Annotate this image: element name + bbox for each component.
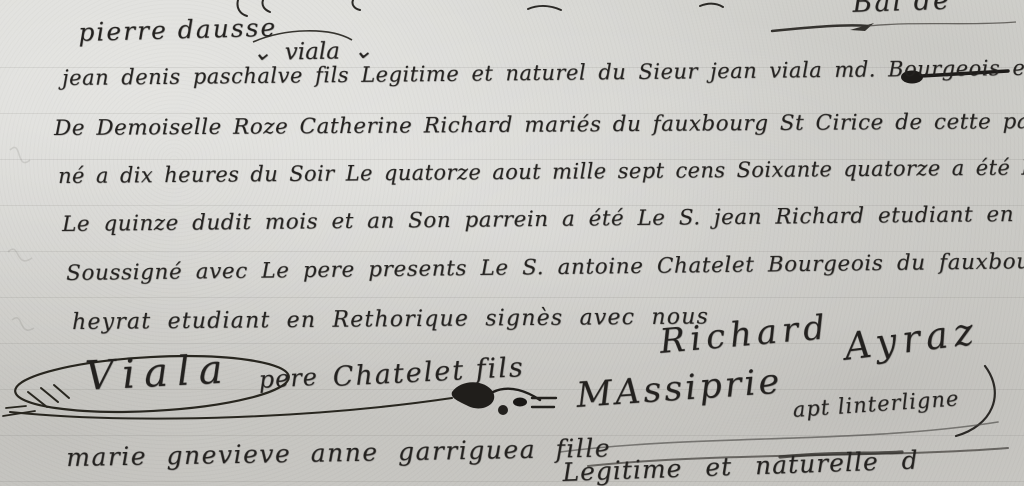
signature-viala-qualifier: pere (258, 363, 319, 394)
signature-viala: Viala (84, 346, 233, 400)
insertion-word: viala (285, 38, 341, 65)
insertion-caret-right: ⌄ (353, 38, 373, 64)
margin-ghost-strokes (8, 147, 34, 330)
insertion-caret-left: ⌄ (252, 40, 272, 66)
ink-marks (498, 398, 556, 415)
register-page: Bal de pierre dausse ⌄ viala ⌄ jean deni… (0, 0, 1024, 486)
strike-line (772, 22, 1016, 31)
previous-entry-name: pierre dausse (78, 13, 278, 47)
insertion-annotation: ⌄ viala ⌄ (252, 38, 373, 66)
chatelet-flourish (452, 382, 540, 408)
top-edge-descenders (237, 0, 723, 16)
